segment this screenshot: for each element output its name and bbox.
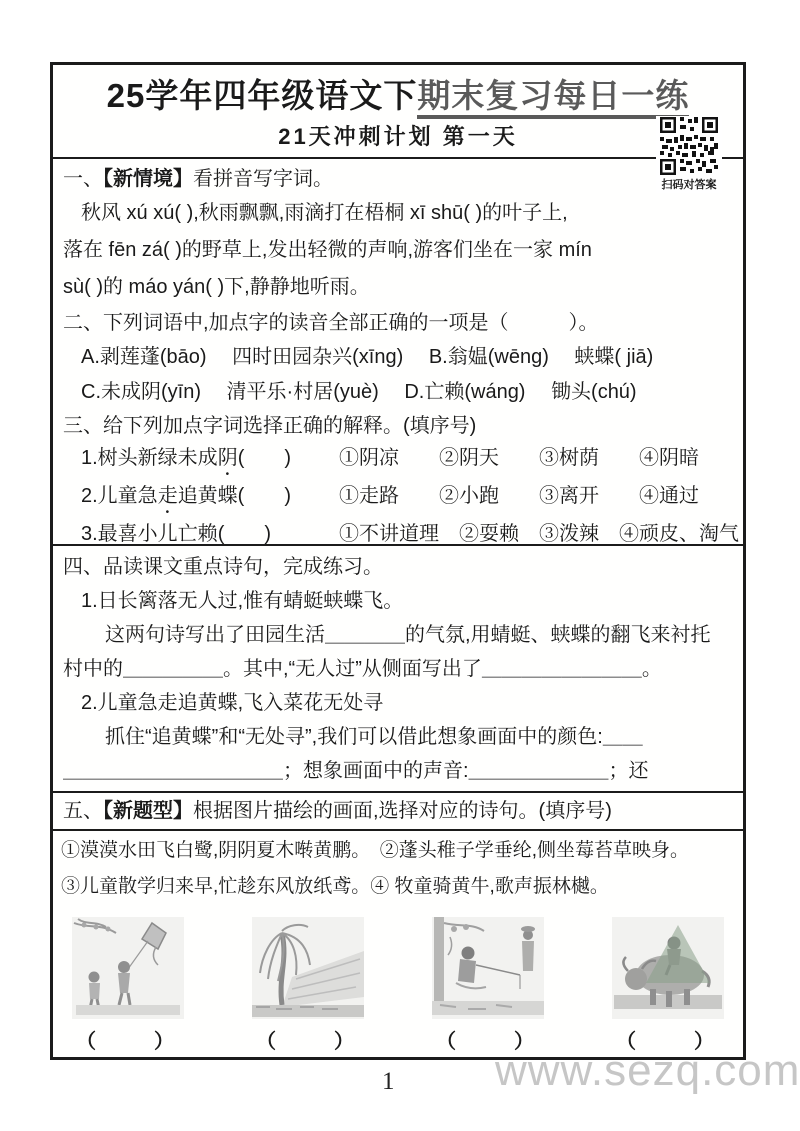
- fill-blank-line: 抓住“追黄蝶”和“无处寻”,我们可以借此想象画面中的颜色:＿＿: [63, 720, 733, 754]
- dotted-char: 阴: [218, 447, 238, 469]
- section1-heading: 一、【新情境】看拼音写字词。: [63, 163, 733, 195]
- page-title: 25学年四年级语文下期末复习每日一练: [53, 70, 743, 117]
- choice-row-ab: A.剥莲蓬(bāo) 四时田园杂兴(xīng) B.翁媪(wēng) 蛱蝶( j…: [63, 340, 733, 375]
- answer-paren: ( ): [218, 523, 271, 544]
- stem-text: 2.儿童急: [81, 485, 158, 507]
- item-choices: ①阴凉 ②阴天 ③树荫 ④阴暗: [339, 442, 699, 480]
- dotted-char: 亡赖: [178, 523, 218, 544]
- worksheet-page: 25学年四年级语文下期末复习每日一练 21天冲刺计划 第一天 一、【新情境】看拼…: [50, 62, 746, 1060]
- item-stem: 1.树头新绿未成阴( ): [81, 442, 339, 480]
- section-4: 四、品读课文重点诗句，完成练习。 1.日长篱落无人过,惟有蜻蜓蛱蝶飞。 这两句诗…: [53, 544, 743, 791]
- item-choices: ①走路 ②小跑 ③离开 ④通过: [339, 480, 699, 518]
- item-stem: 2.儿童急走追黄蝶( ): [81, 480, 339, 518]
- section4-heading: 四、品读课文重点诗句，完成练习。: [63, 550, 733, 584]
- section5-number: 五、: [63, 800, 103, 822]
- section1-tag: 【新情境】: [103, 168, 193, 190]
- qr-code-image: [660, 117, 718, 175]
- child-fishing-scene-image: [432, 917, 544, 1019]
- section5-heading: 五、【新题型】根据图片描绘的画面,选择对应的诗句。(填序号): [53, 793, 743, 831]
- picture-cell-3: （ ）: [429, 917, 547, 1054]
- section1-number: 一、: [63, 168, 103, 190]
- willow-tree-scene-image: [252, 917, 364, 1019]
- header: 25学年四年级语文下期末复习每日一练 21天冲刺计划 第一天: [53, 65, 743, 159]
- section3-heading: 三、给下列加点字词选择正确的解释。(填序号): [63, 410, 733, 442]
- poem-option-line: ③儿童散学归来早,忙趁东风放纸鸢。④ 牧童骑黄牛,歌声振林樾。: [61, 869, 735, 905]
- item-stem: 3.最喜小儿亡赖( ): [81, 518, 339, 544]
- pinyin-line: sù( )的 máo yán( )下,静静地听雨。: [63, 269, 733, 306]
- section-5: 五、【新题型】根据图片描绘的画面,选择对应的诗句。(填序号) ①漠漠水田飞白鹭,…: [53, 791, 743, 1059]
- answer-blank: （ ）: [69, 1025, 187, 1054]
- title-main: 25学年四年级语文下: [107, 77, 418, 114]
- picture-cell-1: （ ）: [69, 917, 187, 1054]
- item-choices: ①不讲道理 ②耍赖 ③泼辣 ④顽皮、淘气: [339, 518, 739, 544]
- pinyin-line: 秋风 xú xú( ),秋雨飘飘,雨滴打在梧桐 xī shū( )的叶子上,: [63, 195, 733, 232]
- fill-blank-line: 这两句诗写出了田园生活＿＿＿＿的气氛,用蜻蜓、蛱蝶的翻飞来衬托: [63, 618, 733, 652]
- stem-text: 3.最喜小儿: [81, 523, 178, 544]
- section2-heading: 二、下列词语中,加点字的读音全部正确的一项是（ ）。: [63, 306, 733, 340]
- answer-blank: （ ）: [249, 1025, 367, 1054]
- dotted-char: 走: [158, 485, 178, 507]
- answer-paren: ( ): [238, 447, 291, 469]
- page-subtitle: 21天冲刺计划 第一天: [53, 120, 743, 151]
- answer-paren: 追黄蝶( ): [178, 485, 291, 507]
- qr-code: 扫码对答案: [656, 116, 722, 193]
- fill-blank-line: ＿＿＿＿＿＿＿＿＿＿＿；想象画面中的声音:＿＿＿＿＿＿＿；还: [63, 754, 733, 788]
- qr-caption: 扫码对答案: [657, 176, 721, 192]
- picture-row: （ ） （ ）: [53, 905, 743, 1054]
- watermark-text: www.sezq.com: [495, 1046, 800, 1096]
- poem-option-line: ①漠漠水田飞白鹭,阴阴夏木啭黄鹏。 ②蓬头稚子学垂纶,侧坐莓苔草映身。: [61, 833, 735, 869]
- title-accent: 期末复习每日一练: [417, 77, 689, 119]
- section1-title: 看拼音写字词。: [193, 168, 333, 190]
- picture-cell-4: （ ）: [609, 917, 727, 1054]
- explain-item-1: 1.树头新绿未成阴( ) ①阴凉 ②阴天 ③树荫 ④阴暗: [63, 442, 733, 480]
- poem-quote: 1.日长篱落无人过,惟有蜻蜓蛱蝶飞。: [63, 584, 733, 618]
- section5-title: 根据图片描绘的画面,选择对应的诗句。(填序号): [193, 800, 612, 822]
- fill-blank-line: 村中的＿＿＿＿＿。其中,“无人过”从侧面写出了＿＿＿＿＿＿＿＿。: [63, 652, 733, 686]
- section5-tag: 【新题型】: [103, 800, 193, 822]
- section-block-123: 一、【新情境】看拼音写字词。 秋风 xú xú( ),秋雨飘飘,雨滴打在梧桐 x…: [53, 159, 743, 544]
- explain-item-2: 2.儿童急走追黄蝶( ) ①走路 ②小跑 ③离开 ④通过: [63, 480, 733, 518]
- buffalo-herdboy-scene-image: [612, 917, 724, 1019]
- picture-cell-2: （ ）: [249, 917, 367, 1054]
- poem-options: ①漠漠水田飞白鹭,阴阴夏木啭黄鹏。 ②蓬头稚子学垂纶,侧坐莓苔草映身。 ③儿童散…: [53, 831, 743, 905]
- choice-row-cd: C.未成阴(yīn) 清平乐·村居(yuè) D.亡赖(wáng) 锄头(chú…: [63, 375, 733, 410]
- stem-text: 1.树头新绿未成: [81, 447, 218, 469]
- poem-quote: 2.儿童急走追黄蝶,飞入菜花无处寻: [63, 686, 733, 720]
- explain-item-3: 3.最喜小儿亡赖( ) ①不讲道理 ②耍赖 ③泼辣 ④顽皮、淘气: [63, 518, 733, 544]
- kite-flying-scene-image: [72, 917, 184, 1019]
- pinyin-line: 落在 fēn zá( )的野草上,发出轻微的声响,游客们坐在一家 mín: [63, 232, 733, 269]
- page-number: 1: [382, 1068, 395, 1096]
